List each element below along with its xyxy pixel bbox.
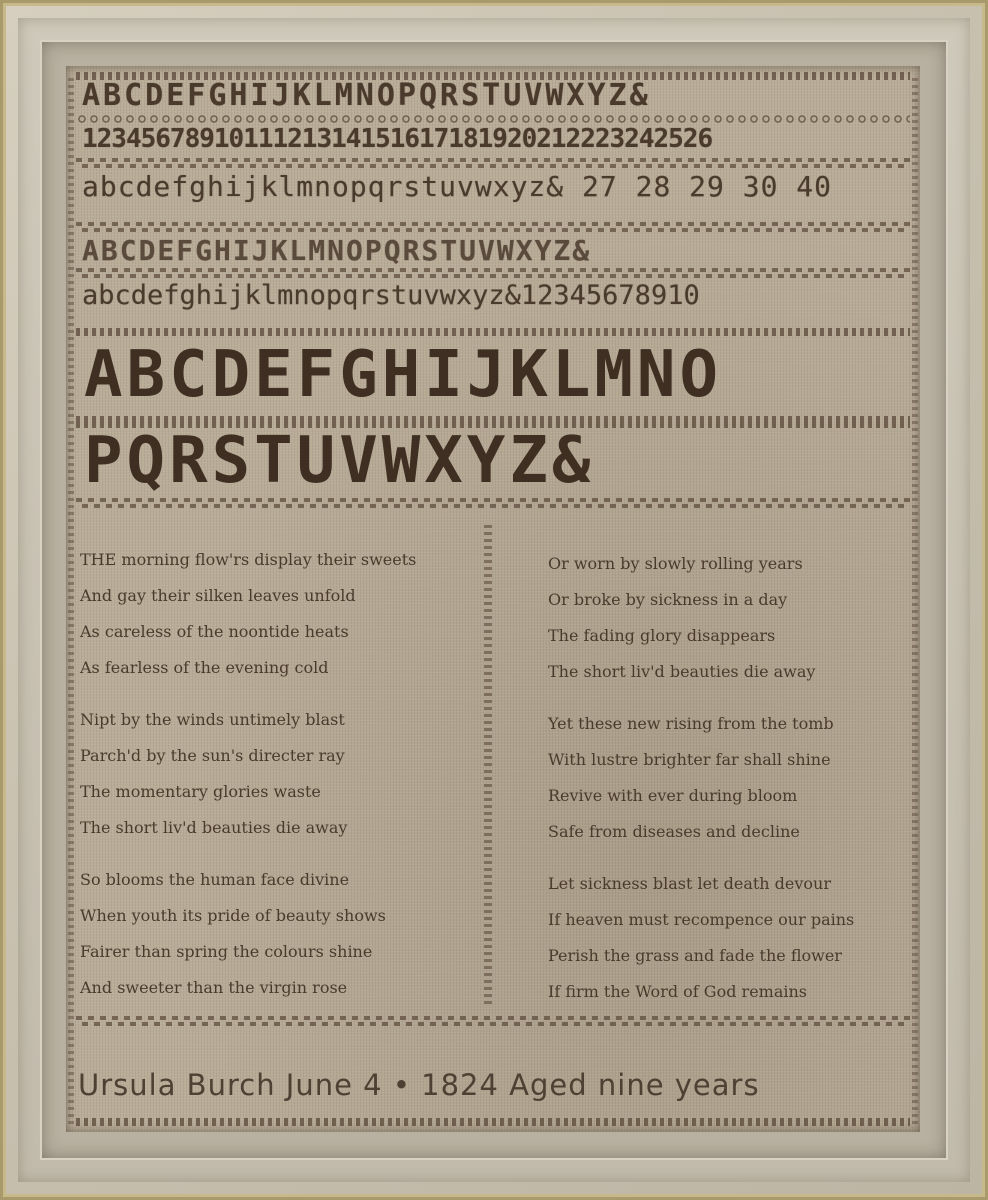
verse-line: Or broke by sickness in a day	[548, 582, 920, 618]
stanza: Yet these new rising from the tomb With …	[548, 706, 920, 850]
verse-line: So blooms the human face divine	[80, 862, 480, 898]
upper-alphabet-row-1: ABCDEFGHIJKLMNOPQRSTUVWXYZ&	[82, 78, 651, 113]
wave-border-1	[76, 158, 910, 168]
stanza: THE morning flow'rs display their sweets…	[80, 542, 480, 686]
verse-line: If heaven must recompence our pains	[548, 902, 920, 938]
stanza: Or worn by slowly rolling years Or broke…	[548, 546, 920, 690]
left-stitched-border	[68, 74, 74, 1124]
verse-line: And gay their silken leaves unfold	[80, 578, 480, 614]
numerals-row: 1234567891011121314151617181920212223242…	[82, 124, 712, 154]
verse-line: The fading glory disappears	[548, 618, 920, 654]
embroidered-sampler: ABCDEFGHIJKLMNOPQRSTUVWXYZ& 123456789101…	[66, 66, 920, 1132]
lower-alphabet-row-2: abcdefghijklmnopqrstuvwxyz&12345678910	[82, 280, 700, 311]
verse-line: The short liv'd beauties die away	[80, 810, 480, 846]
verse-line: When youth its pride of beauty shows	[80, 898, 480, 934]
verse-column-divider	[484, 524, 492, 1004]
large-alphabet-line-1: ABCDEFGHIJKLMNO	[84, 338, 722, 412]
verse-line: Or worn by slowly rolling years	[548, 546, 920, 582]
verse-line: With lustre brighter far shall shine	[548, 742, 920, 778]
upper-alphabet-row-2: ABCDEFGHIJKLMNOPQRSTUVWXYZ&	[82, 234, 591, 267]
verse-line: The momentary glories waste	[80, 774, 480, 810]
verse-line: Revive with ever during bloom	[548, 778, 920, 814]
lower-alphabet-row-1: abcdefghijklmnopqrstuvwxyz& 27 28 29 30 …	[82, 170, 832, 203]
verse-line: Nipt by the winds untimely blast	[80, 702, 480, 738]
verse-line: If firm the Word of God remains	[548, 974, 920, 1010]
divider-border	[76, 328, 910, 336]
maker-signature: Ursula Burch June 4 • 1824 Aged nine yea…	[78, 1068, 760, 1102]
verse-line: The short liv'd beauties die away	[548, 654, 920, 690]
picture-frame: ABCDEFGHIJKLMNOPQRSTUVWXYZ& 123456789101…	[0, 0, 988, 1200]
wave-border-3	[76, 268, 910, 278]
verse-line: Yet these new rising from the tomb	[548, 706, 920, 742]
verse-line: Perish the grass and fade the flower	[548, 938, 920, 974]
bottom-wave-border	[76, 1016, 910, 1028]
stanza: So blooms the human face divine When you…	[80, 862, 480, 1006]
chain-border	[76, 114, 910, 124]
large-alphabet-line-2: PQRSTUVWXYZ&	[84, 424, 594, 498]
verse-line: THE morning flow'rs display their sweets	[80, 542, 480, 578]
bottom-zigzag-border	[76, 1118, 910, 1126]
verse-line: As careless of the noontide heats	[80, 614, 480, 650]
verse-line: As fearless of the evening cold	[80, 650, 480, 686]
stanza: Nipt by the winds untimely blast Parch'd…	[80, 702, 480, 846]
verse-line: Safe from diseases and decline	[548, 814, 920, 850]
verse-line: Parch'd by the sun's directer ray	[80, 738, 480, 774]
verse-right-column: Or worn by slowly rolling years Or broke…	[548, 546, 920, 1026]
stanza: Let sickness blast let death devour If h…	[548, 866, 920, 1010]
wave-border-2	[76, 222, 910, 232]
verse-line: Fairer than spring the colours shine	[80, 934, 480, 970]
verse-line: Let sickness blast let death devour	[548, 866, 920, 902]
verse-left-column: THE morning flow'rs display their sweets…	[80, 542, 480, 1022]
greek-key-border	[76, 498, 910, 512]
verse-line: And sweeter than the virgin rose	[80, 970, 480, 1006]
